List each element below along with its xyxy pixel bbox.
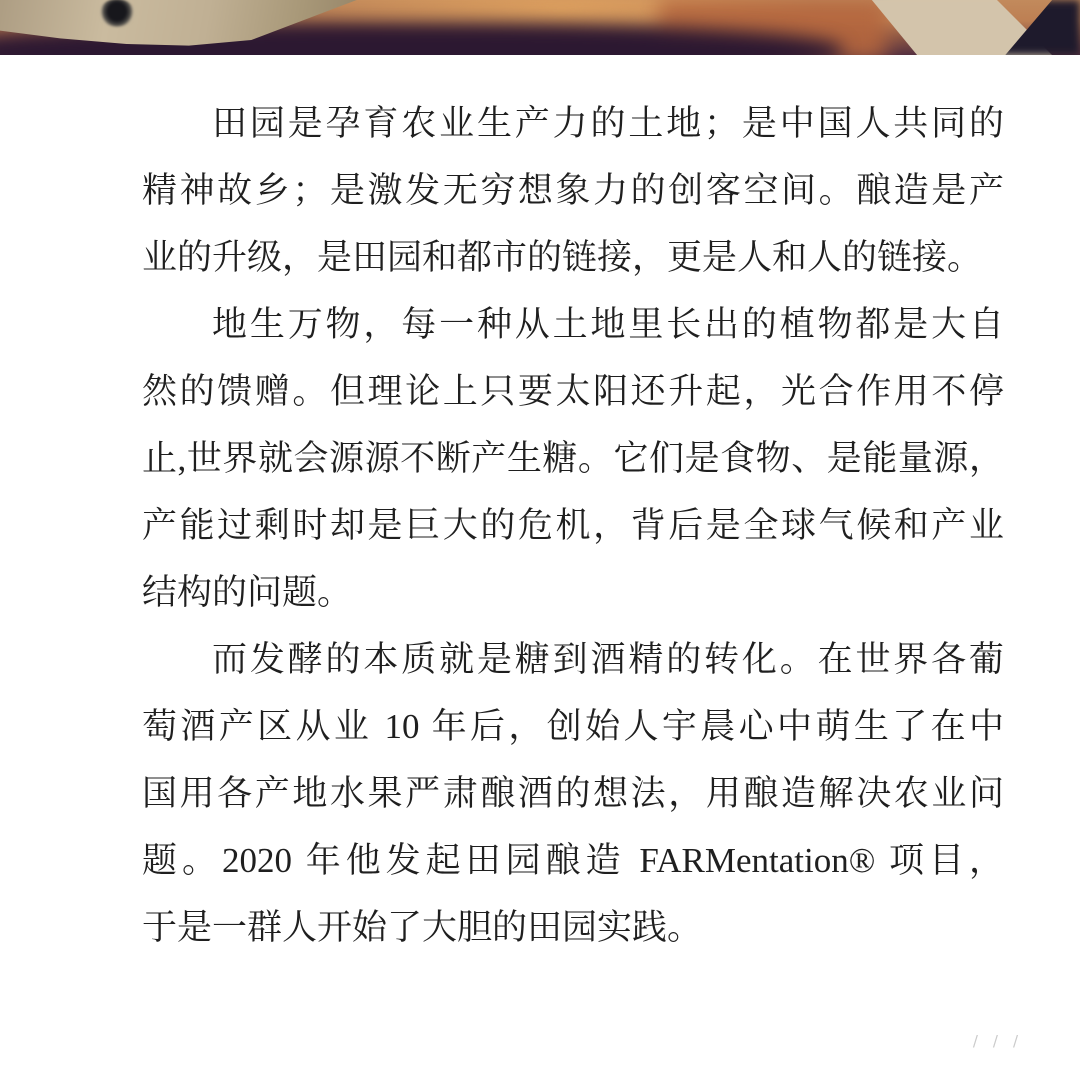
paragraph: 地生万物，每一种从土地里长出的植物都是大自然的馈赠。但理论上只要太阳还升起，光合… [142, 291, 1004, 626]
text-line: 而发酵的本质就是糖到酒精的转化。在世界各葡 [142, 626, 1004, 693]
footer-slashes: / / / [973, 1030, 1018, 1052]
text-line: 题。2020 年他发起田园酿造 FARMentation® 项目， [142, 827, 1004, 894]
text-line: 国用各产地水果严肃酿酒的想法，用酿造解决农业问 [142, 760, 1004, 827]
text-line: 然的馈赠。但理论上只要太阳还升起，光合作用不停 [142, 358, 1004, 425]
slash-mark: / [993, 1030, 998, 1052]
article: 田园是孕育农业生产力的土地；是中国人共同的精神故乡；是激发无穷想象力的创客空间。… [142, 90, 1004, 961]
paragraph: 而发酵的本质就是糖到酒精的转化。在世界各葡萄酒产区从业 10 年后，创始人宇晨心… [142, 626, 1004, 961]
text-line: 田园是孕育农业生产力的土地；是中国人共同的 [142, 90, 1004, 157]
text-line: 萄酒产区从业 10 年后，创始人宇晨心中萌生了在中 [142, 693, 1004, 760]
text-line: 业的升级，是田园和都市的链接，更是人和人的链接。 [142, 224, 1004, 291]
text-line: 地生万物，每一种从土地里长出的植物都是大自 [142, 291, 1004, 358]
text-line: 于是一群人开始了大胆的田园实践。 [142, 894, 1004, 961]
slash-mark: / [973, 1030, 978, 1052]
bolt-hole [99, 0, 135, 27]
text-line: 产能过剩时却是巨大的危机，背后是全球气候和产业 [142, 492, 1004, 559]
text-line: 止,世界就会源源不断产生糖。它们是食物、是能量源， [142, 425, 1004, 492]
hero-photo-strip [0, 0, 1080, 55]
slash-mark: / [1013, 1030, 1018, 1052]
text-line: 结构的问题。 [142, 559, 1004, 626]
text-line: 精神故乡；是激发无穷想象力的创客空间。酿造是产 [142, 157, 1004, 224]
paragraph: 田园是孕育农业生产力的土地；是中国人共同的精神故乡；是激发无穷想象力的创客空间。… [142, 90, 1004, 291]
